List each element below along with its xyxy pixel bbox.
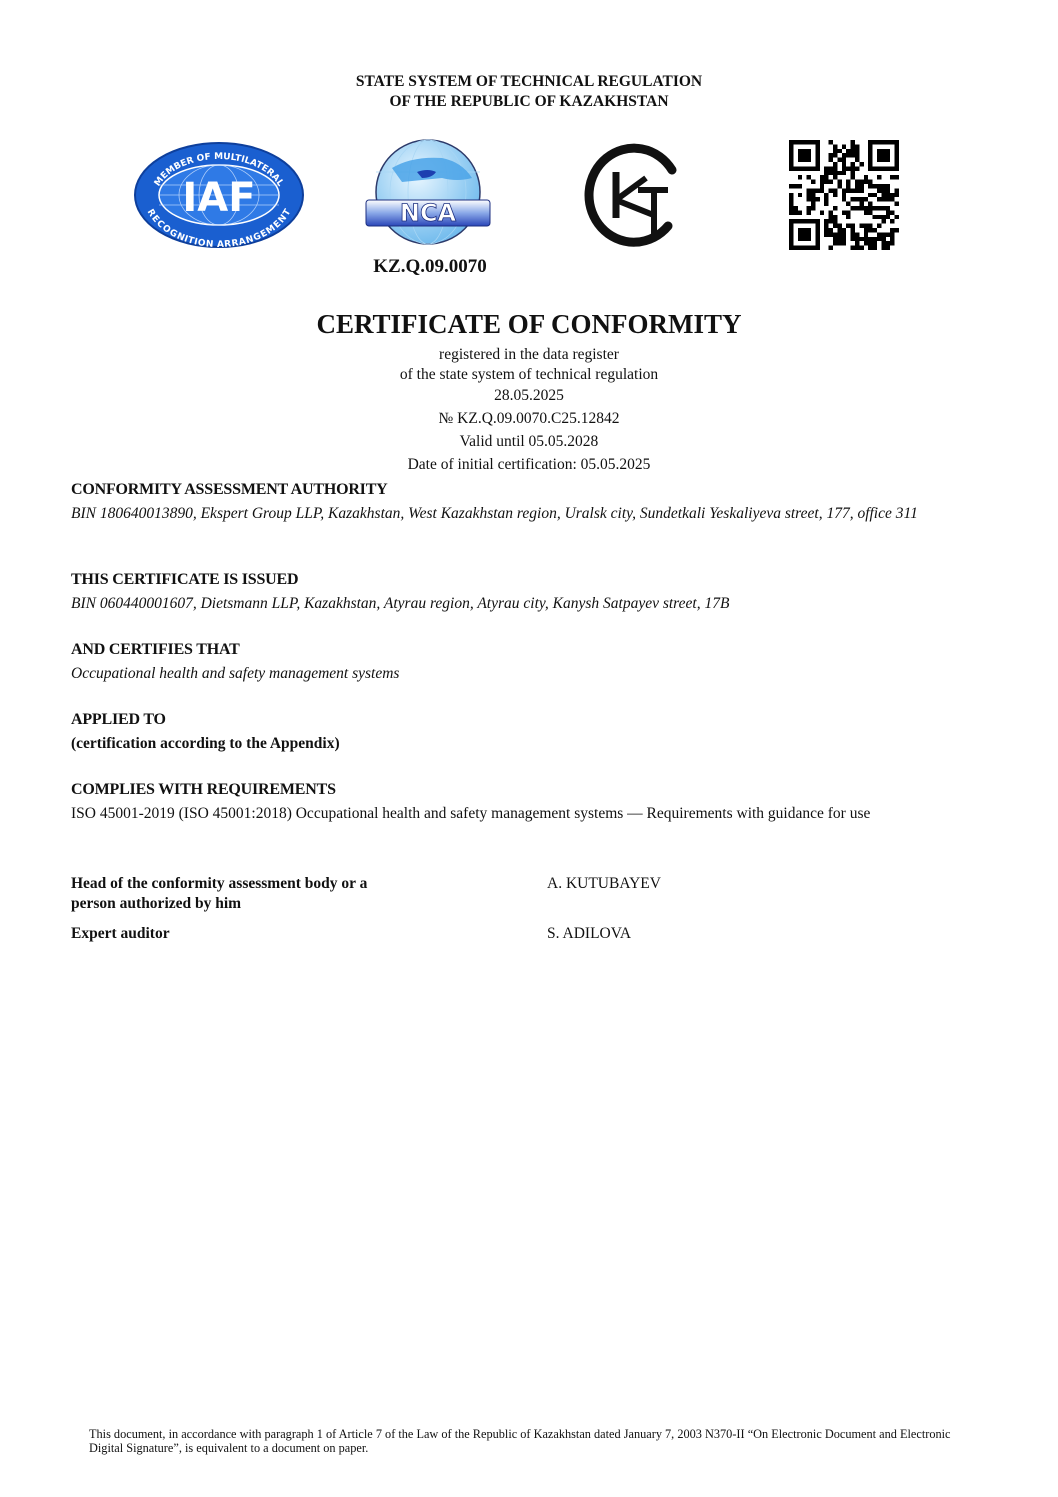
section-body: Occupational health and safety managemen…	[71, 664, 991, 684]
section-body: ISO 45001-2019 (ISO 45001:2018) Occupati…	[71, 804, 991, 824]
signature-row-head: Head of the conformity assessment body o…	[71, 874, 991, 914]
section-assessment-authority: CONFORMITY ASSESSMENT AUTHORITY BIN 1806…	[71, 480, 991, 524]
logo-row: IAF MEMBER OF MULTILATERAL RECOGNITION A…	[0, 138, 1058, 253]
section-heading: AND CERTIFIES THAT	[71, 640, 991, 660]
certificate-registration-info: registered in the data register of the s…	[0, 345, 1058, 476]
accreditation-number: KZ.Q.09.0070	[365, 256, 495, 278]
signature-row-auditor: Expert auditor S. ADILOVA	[71, 924, 991, 944]
section-complies-with: COMPLIES WITH REQUIREMENTS ISO 45001-201…	[71, 780, 991, 824]
certificate-number: № KZ.Q.09.0070.C25.12842	[0, 407, 1058, 430]
registered-line-2: of the state system of technical regulat…	[0, 365, 1058, 385]
section-heading: APPLIED TO	[71, 710, 991, 730]
certificate-title: CERTIFICATE OF CONFORMITY	[0, 309, 1058, 340]
svg-text:IAF: IAF	[182, 175, 255, 221]
signatory-name: S. ADILOVA	[547, 924, 631, 944]
kt-conformity-mark-icon	[584, 142, 684, 248]
section-body: BIN 060440001607, Dietsmann LLP, Kazakhs…	[71, 594, 991, 614]
valid-until: Valid until 05.05.2028	[0, 430, 1058, 453]
section-heading: COMPLIES WITH REQUIREMENTS	[71, 780, 991, 800]
signatory-name: A. KUTUBAYEV	[547, 874, 661, 914]
section-heading: CONFORMITY ASSESSMENT AUTHORITY	[71, 480, 991, 500]
nca-globe-logo-icon: NCA	[362, 138, 494, 248]
issuing-system-title: STATE SYSTEM OF TECHNICAL REGULATION OF …	[0, 72, 1058, 112]
iaf-logo-icon: IAF MEMBER OF MULTILATERAL RECOGNITION A…	[133, 141, 305, 249]
section-body: (certification according to the Appendix…	[71, 734, 991, 754]
initial-certification-date: Date of initial certification: 05.05.202…	[0, 453, 1058, 476]
signatory-role: Head of the conformity assessment body o…	[71, 874, 411, 914]
header-line-1: STATE SYSTEM OF TECHNICAL REGULATION	[0, 72, 1058, 92]
signatory-role: Expert auditor	[71, 924, 547, 944]
legal-footnote: This document, in accordance with paragr…	[89, 1427, 969, 1455]
section-certificate-issued: THIS CERTIFICATE IS ISSUED BIN 060440001…	[71, 570, 991, 614]
registered-line-1: registered in the data register	[0, 345, 1058, 365]
section-heading: THIS CERTIFICATE IS ISSUED	[71, 570, 991, 590]
qr-code-icon[interactable]	[789, 140, 899, 250]
svg-text:NCA: NCA	[400, 199, 457, 227]
registration-date: 28.05.2025	[0, 384, 1058, 407]
section-certifies-that: AND CERTIFIES THAT Occupational health a…	[71, 640, 991, 684]
section-applied-to: APPLIED TO (certification according to t…	[71, 710, 991, 754]
header-line-2: OF THE REPUBLIC OF KAZAKHSTAN	[0, 92, 1058, 112]
signatures-block: Head of the conformity assessment body o…	[71, 874, 991, 954]
section-body: BIN 180640013890, Ekspert Group LLP, Kaz…	[71, 504, 991, 524]
